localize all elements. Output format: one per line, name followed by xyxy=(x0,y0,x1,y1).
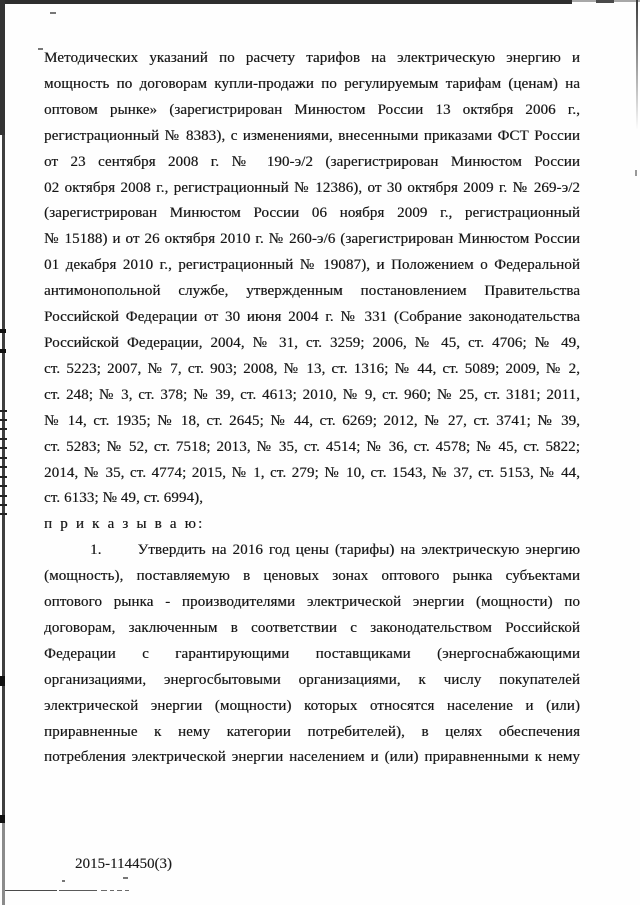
footer-rule-dash xyxy=(110,890,114,892)
text-line: Российской Федерации от 30 июня 2004 г. … xyxy=(44,305,580,331)
scan-speck xyxy=(50,12,56,14)
text-line: договорам, заключенным в соответствии с … xyxy=(44,616,580,642)
text-line: 02 октября 2008 г., регистрационный № 12… xyxy=(44,176,580,202)
text-line: оптовом рынке» (зарегистрирован Минюстом… xyxy=(44,98,580,124)
text-line: ст. 6133; № 49, ст. 6994), xyxy=(44,486,580,512)
text-line: 2014, № 35, ст. 4774; 2015, № 1, ст. 279… xyxy=(44,461,580,487)
text-line: приравненные к нему категории потребител… xyxy=(44,720,580,746)
scan-edge-left-faded xyxy=(2,822,5,905)
text-line: от 23 сентября 2008 г. № 190-э/2 (зареги… xyxy=(44,150,580,176)
scan-tick xyxy=(0,476,7,478)
scan-mark-top-right xyxy=(596,0,614,3)
text-line: ст. 5223; 2007, № 7, ст. 903; 2008, № 13… xyxy=(44,357,580,383)
text-line: 01 декабря 2010 г., регистрационный № 19… xyxy=(44,253,580,279)
scan-speck xyxy=(123,877,128,879)
text-line: электрической энергии (мощности) которых… xyxy=(44,694,580,720)
text-line: ст. 5283; № 52, ст. 7518; 2013, № 35, ст… xyxy=(44,435,580,461)
scan-edge-left xyxy=(0,0,5,135)
scan-tick xyxy=(0,419,7,421)
scan-notch xyxy=(0,329,6,333)
text-line: № 14, ст. 1935; № 18, ст. 2645; № 44, ст… xyxy=(44,409,580,435)
text-line: № 15188) и от 26 октября 2010 г. № 260-э… xyxy=(44,227,580,253)
text-line: (зарегистрирован Минюстом России 06 нояб… xyxy=(44,201,580,227)
scan-tick xyxy=(0,428,7,430)
scan-speck xyxy=(38,48,43,50)
text-line: Федерации с гарантирующими поставщиками … xyxy=(44,642,580,668)
text-line: потребления электрической энергии населе… xyxy=(44,745,580,771)
text-line: мощность по договорам купли-продажи по р… xyxy=(44,72,580,98)
scan-tick xyxy=(0,495,7,497)
scan-edge-left xyxy=(2,135,6,822)
scanned-document-page: Методических указаний по расчету тарифов… xyxy=(0,0,640,905)
scan-tick xyxy=(0,485,7,487)
text-line: (мощность), поставляемую в ценовых зонах… xyxy=(44,564,580,590)
footer-rule-dash xyxy=(117,890,122,892)
text-line: оптового рынка - производителями электри… xyxy=(44,590,580,616)
text-line: ст. 248; № 3, ст. 378; № 39, ст. 4613; 2… xyxy=(44,383,580,409)
text-line: антимонопольной службе, утвержденным пос… xyxy=(44,279,580,305)
text-line: Российской Федерации, 2004, № 31, ст. 32… xyxy=(44,331,580,357)
footer-rule-dash xyxy=(125,890,129,892)
scan-notch xyxy=(0,815,5,823)
scan-tick xyxy=(0,447,7,449)
text-line: Методических указаний по расчету тарифов… xyxy=(44,46,580,72)
footer-rule xyxy=(59,890,97,892)
scan-edge-right xyxy=(636,0,638,130)
scan-notch xyxy=(0,349,6,353)
footer-rule-dash xyxy=(101,890,107,892)
scan-tick xyxy=(0,438,7,440)
scan-speck xyxy=(62,880,65,882)
text-line: п р и к а з ы в а ю: xyxy=(44,512,580,538)
text-line: организациями, энергосбытовыми организац… xyxy=(44,668,580,694)
scan-notch xyxy=(0,676,5,686)
scan-edge-top xyxy=(0,0,572,4)
footer-rule xyxy=(5,890,57,892)
body-text: Методических указаний по расчету тарифов… xyxy=(44,46,580,771)
text-line: регистрационный № 8383), с изменениями, … xyxy=(44,124,580,150)
scan-tick xyxy=(0,504,7,506)
scan-tick xyxy=(0,466,7,468)
scan-tick xyxy=(0,457,7,459)
text-line: 1. Утвердить на 2016 год цены (тарифы) н… xyxy=(44,538,580,564)
footer-doc-number: 2015-114450(3) xyxy=(75,856,172,873)
scan-tick xyxy=(0,410,7,412)
scan-mark-right xyxy=(635,170,637,176)
scan-tick xyxy=(0,513,7,515)
